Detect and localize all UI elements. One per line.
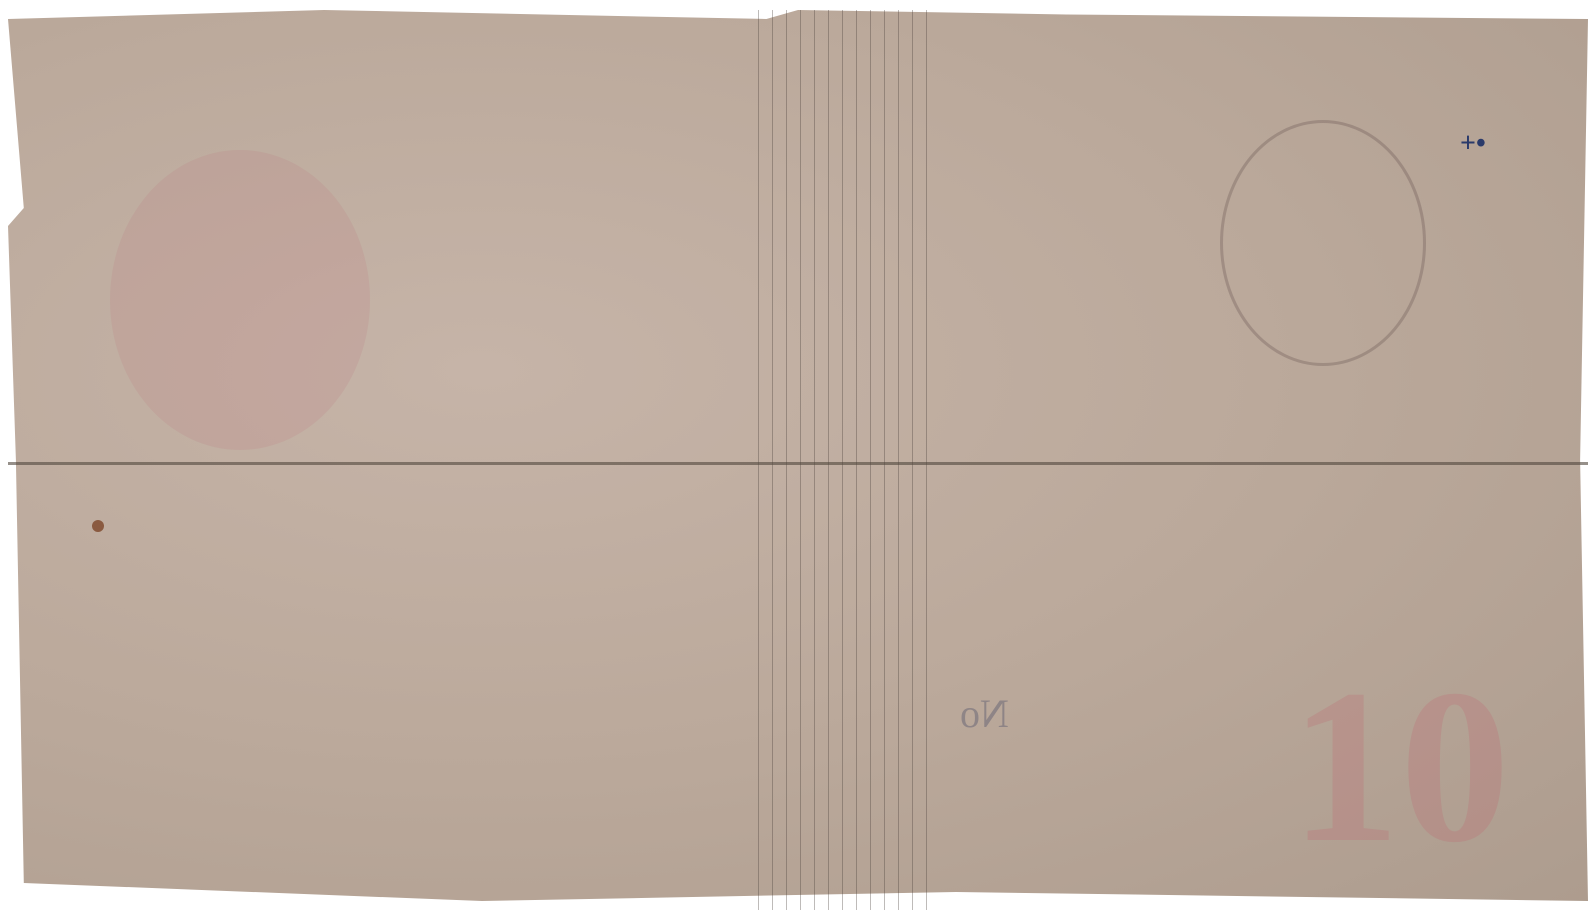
ink-mark: +•: [1460, 128, 1486, 160]
ghost-denomination: 10: [1290, 640, 1510, 893]
horizontal-fold: [8, 462, 1588, 465]
ghost-seal-circle: [1220, 120, 1426, 366]
ghost-portrait-oval: [110, 150, 370, 450]
vertical-fold-creases: [752, 10, 932, 910]
mirrored-serial-prefix: No: [960, 690, 1009, 737]
stain-spot: [92, 520, 104, 532]
